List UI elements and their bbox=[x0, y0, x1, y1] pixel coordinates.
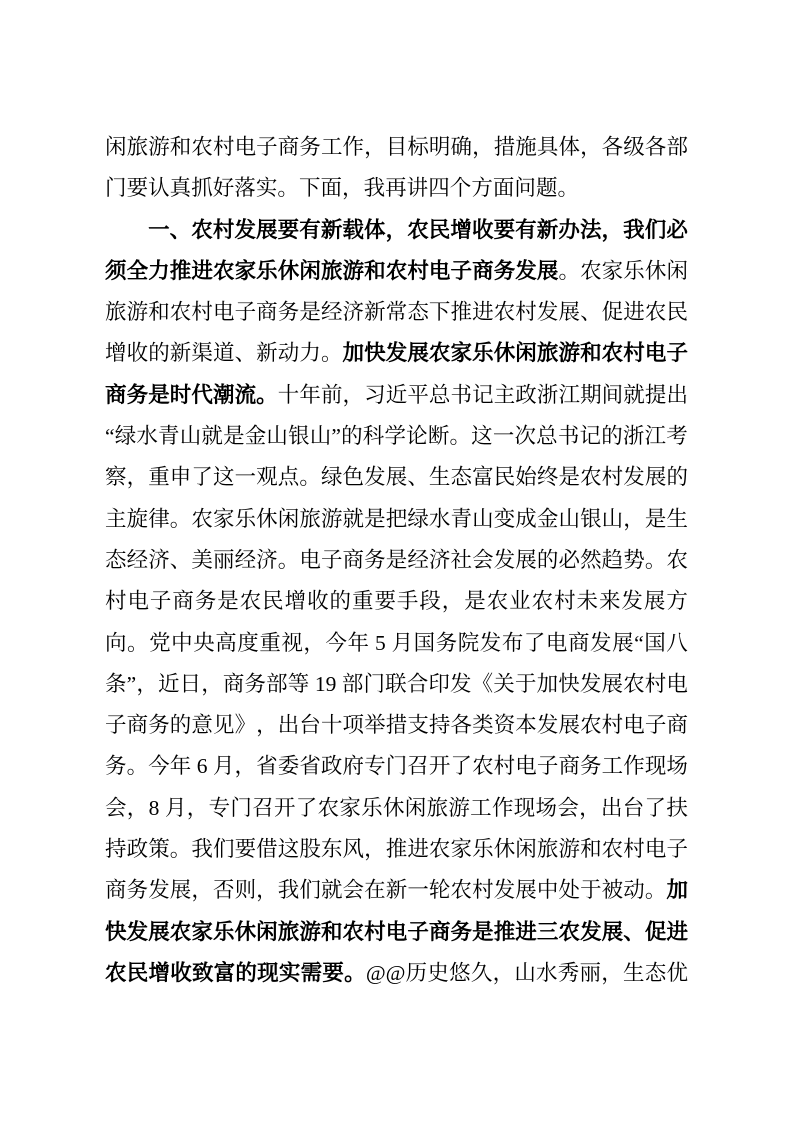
text-line: 商务是时代潮流。十年前，习近平总书记主政浙江期间就提出 bbox=[105, 375, 688, 416]
text-run: ， bbox=[187, 788, 209, 829]
text-run: 子 bbox=[537, 746, 559, 787]
text-run: 绿 bbox=[407, 499, 429, 540]
text-run: 常 bbox=[386, 292, 408, 333]
text-run: 月 bbox=[213, 746, 235, 787]
bold-text-run: 和 bbox=[364, 251, 386, 292]
text-run: 农 bbox=[487, 581, 509, 622]
text-run: 村 bbox=[213, 127, 235, 168]
text-run: 场 bbox=[666, 746, 688, 787]
text-run: 务 bbox=[195, 581, 217, 622]
text-run: 十 bbox=[278, 375, 300, 416]
bold-text-run: 收 bbox=[170, 953, 192, 994]
text-run: 村 bbox=[645, 664, 667, 705]
text-run: 主 bbox=[494, 375, 516, 416]
text-run: 生 bbox=[666, 499, 688, 540]
text-run: 总 bbox=[429, 375, 451, 416]
text-run: 银 bbox=[580, 499, 602, 540]
text-run: 展 bbox=[644, 581, 666, 622]
text-line: 态经济、美丽经济。电子商务是经济社会发展的必然趋势。农 bbox=[105, 540, 688, 581]
text-run: 方 bbox=[471, 168, 493, 209]
text-run: 专 bbox=[364, 746, 386, 787]
text-run: 旋 bbox=[127, 499, 149, 540]
text-run: 旅 bbox=[427, 788, 449, 829]
text-run: 休 bbox=[645, 251, 667, 292]
text-run: 论 bbox=[406, 416, 428, 457]
text-run: ， bbox=[364, 829, 386, 870]
text-run: 6 bbox=[191, 746, 213, 787]
text-run: 山 bbox=[180, 416, 202, 457]
text-run: 电 bbox=[127, 581, 149, 622]
bold-text-run: 是 bbox=[472, 912, 494, 953]
text-run: 始 bbox=[515, 457, 537, 498]
text-run: 江 bbox=[558, 375, 580, 416]
bold-text-run: 村 bbox=[407, 251, 429, 292]
bold-text-run: 和 bbox=[321, 912, 343, 953]
bold-text-run: 乐 bbox=[256, 251, 278, 292]
bold-text-run: 村 bbox=[213, 210, 235, 251]
text-run: 发 bbox=[580, 664, 602, 705]
text-run: 前 bbox=[321, 375, 343, 416]
bold-text-run: 力 bbox=[148, 251, 170, 292]
text-run: 务 bbox=[364, 540, 386, 581]
text-run: 类 bbox=[472, 705, 494, 746]
bold-text-run: 务 bbox=[451, 912, 473, 953]
bold-text-run: 农 bbox=[170, 912, 192, 953]
text-run: 农 bbox=[580, 457, 602, 498]
text-run: 农 bbox=[240, 581, 262, 622]
text-run: 社 bbox=[451, 540, 473, 581]
bold-text-run: 是 bbox=[148, 375, 170, 416]
text-run: 申 bbox=[170, 457, 192, 498]
text-run: 就 bbox=[623, 375, 645, 416]
text-run: 青 bbox=[158, 416, 180, 457]
text-run: 一 bbox=[235, 457, 257, 498]
text-run: 浙 bbox=[623, 416, 645, 457]
text-run: 、 bbox=[407, 457, 429, 498]
bold-text-run: 快 bbox=[105, 912, 127, 953]
bold-text-run: 一 bbox=[148, 210, 170, 251]
text-run: 丽 bbox=[213, 540, 235, 581]
text-run: ， bbox=[601, 953, 623, 994]
text-run: 电 bbox=[546, 623, 568, 664]
text-run: 务 bbox=[105, 746, 127, 787]
text-run: 商 bbox=[105, 870, 127, 911]
text-run: 印 bbox=[428, 664, 450, 705]
text-run: 观 bbox=[256, 457, 278, 498]
bold-text-run: 我 bbox=[623, 210, 645, 251]
text-run: ， bbox=[580, 127, 602, 168]
text-run: 、 bbox=[580, 292, 602, 333]
text-run: 快 bbox=[558, 664, 580, 705]
text-run: 的 bbox=[666, 457, 688, 498]
text-run: 子 bbox=[321, 540, 343, 581]
text-run: 农 bbox=[451, 870, 473, 911]
text-run: ， bbox=[303, 623, 325, 664]
text-run: 举 bbox=[364, 705, 386, 746]
text-run: 提 bbox=[645, 375, 667, 416]
text-run: 发 bbox=[590, 623, 612, 664]
text-run: 悠 bbox=[449, 953, 471, 994]
text-run: 浙 bbox=[537, 375, 559, 416]
text-run: 民 bbox=[666, 292, 688, 333]
text-run: 等 bbox=[288, 664, 310, 705]
bold-text-run: ， bbox=[386, 210, 408, 251]
text-run: 专 bbox=[209, 788, 231, 829]
text-run: 发 bbox=[621, 581, 643, 622]
text-run: 出 bbox=[666, 375, 688, 416]
text-run: 游 bbox=[148, 127, 170, 168]
text-run: 增 bbox=[285, 581, 307, 622]
text-run: 农 bbox=[494, 292, 516, 333]
text-run: 展 bbox=[645, 457, 667, 498]
text-run: 济 bbox=[148, 540, 170, 581]
text-run: 会 bbox=[472, 540, 494, 581]
text-run: 水 bbox=[429, 499, 451, 540]
text-run: 务 bbox=[245, 664, 267, 705]
text-run: 渠 bbox=[191, 333, 213, 374]
text-run: 经 bbox=[127, 540, 149, 581]
text-run: 休 bbox=[383, 788, 405, 829]
text-run: 子 bbox=[150, 581, 172, 622]
text-run: 发 bbox=[494, 540, 516, 581]
text-run: 支 bbox=[407, 705, 429, 746]
text-run: 电 bbox=[623, 705, 645, 746]
text-run: 门 bbox=[386, 746, 408, 787]
text-run: 则 bbox=[235, 870, 257, 911]
text-run: 优 bbox=[666, 953, 688, 994]
text-run: 工 bbox=[321, 127, 343, 168]
text-run: 。 bbox=[277, 168, 299, 209]
bold-text-run: 增 bbox=[148, 953, 170, 994]
text-line: 村电子商务是农民增收的重要手段，是农业农村未来发展方 bbox=[105, 581, 688, 622]
text-run: 持 bbox=[105, 829, 127, 870]
text-run: 业 bbox=[509, 581, 531, 622]
text-run: 发 bbox=[494, 870, 516, 911]
text-run: 展 bbox=[386, 457, 408, 498]
text-run: ， bbox=[235, 746, 257, 787]
text-run: 我 bbox=[364, 168, 386, 209]
text-run: 实 bbox=[256, 168, 278, 209]
text-run: 总 bbox=[536, 416, 558, 457]
text-run: 来 bbox=[599, 581, 621, 622]
text-run: ， bbox=[201, 664, 223, 705]
text-run: 展 bbox=[558, 292, 580, 333]
text-run: 子 bbox=[666, 829, 688, 870]
text-run: “ bbox=[105, 416, 115, 457]
text-run: 近 bbox=[386, 375, 408, 416]
text-run: 措 bbox=[494, 127, 516, 168]
text-run: 工 bbox=[470, 788, 492, 829]
text-run: 是 bbox=[217, 581, 239, 622]
text-run: 题 bbox=[536, 168, 558, 209]
text-run: 势 bbox=[623, 540, 645, 581]
text-run: 今 bbox=[325, 623, 347, 664]
text-run: 布 bbox=[502, 623, 524, 664]
text-run: ， bbox=[493, 953, 515, 994]
bold-text-run: 须 bbox=[105, 251, 127, 292]
text-run: 央 bbox=[193, 623, 215, 664]
text-block: 闲旅游和农村电子商务工作，目标明确，措施具体，各级各部门要认真抓好落实。下面，我… bbox=[105, 127, 688, 994]
text-run: 是 bbox=[299, 292, 321, 333]
text-run: 了 bbox=[191, 457, 213, 498]
text-line: 增收的新渠道、新动力。加快发展农家乐休闲旅游和农村电子 bbox=[105, 333, 688, 374]
text-run: 工 bbox=[602, 746, 624, 787]
text-run: 平 bbox=[407, 375, 429, 416]
text-run: 农 bbox=[170, 292, 192, 333]
bold-text-run: 电 bbox=[429, 251, 451, 292]
text-run: 把 bbox=[386, 499, 408, 540]
bold-text-run: 务 bbox=[127, 375, 149, 416]
text-run: 终 bbox=[537, 457, 559, 498]
bold-text-run: 。 bbox=[256, 375, 278, 416]
bold-text-run: 实 bbox=[279, 953, 301, 994]
text-run: 召 bbox=[252, 788, 274, 829]
text-run: 发 bbox=[148, 870, 170, 911]
text-run: 作 bbox=[623, 746, 645, 787]
text-run: 个 bbox=[450, 168, 472, 209]
text-line: 快发展农家乐休闲旅游和农村电子商务是推进三农发展、促进 bbox=[105, 912, 688, 953]
text-run: 务 bbox=[436, 623, 458, 664]
text-run: 了 bbox=[450, 746, 472, 787]
text-run: 展 bbox=[558, 705, 580, 746]
text-run: 。 bbox=[278, 540, 300, 581]
bold-text-run: 子 bbox=[666, 333, 688, 374]
bold-text-run: 推 bbox=[494, 912, 516, 953]
text-run: 国 bbox=[414, 623, 436, 664]
bold-text-run: 农 bbox=[343, 912, 365, 953]
bold-text-run: 闲 bbox=[256, 912, 278, 953]
text-run: ， bbox=[256, 705, 278, 746]
text-run: 。 bbox=[170, 499, 192, 540]
text-run: 。 bbox=[645, 870, 667, 911]
text-run: 农 bbox=[645, 292, 667, 333]
bold-text-run: 时 bbox=[170, 375, 192, 416]
text-run: 发 bbox=[480, 623, 502, 664]
text-run: 的 bbox=[341, 416, 363, 457]
text-line: 一、农村发展要有新载体，农民增收要有新办法，我们必 bbox=[105, 210, 688, 251]
text-run: 近 bbox=[158, 664, 180, 705]
bold-text-run: 有 bbox=[515, 210, 537, 251]
text-run: 策 bbox=[148, 829, 170, 870]
text-run: 学 bbox=[384, 416, 406, 457]
text-run: 游 bbox=[558, 829, 580, 870]
text-run: 律 bbox=[148, 499, 170, 540]
text-run: 生 bbox=[429, 457, 451, 498]
text-run: 院 bbox=[458, 623, 480, 664]
bold-text-run: 农 bbox=[191, 210, 213, 251]
text-run: 山 bbox=[266, 416, 288, 457]
bold-text-run: 新 bbox=[537, 210, 559, 251]
text-run: 村 bbox=[494, 746, 516, 787]
text-run: 收 bbox=[307, 581, 329, 622]
text-run: 部 bbox=[666, 127, 688, 168]
bold-text-run: 新 bbox=[321, 210, 343, 251]
text-run: 农 bbox=[472, 746, 494, 787]
text-run: 商 bbox=[558, 746, 580, 787]
text-run: 村 bbox=[191, 292, 213, 333]
text-line: 察，重申了这一观点。绿色发展、生态富民始终是农村发展的 bbox=[105, 457, 688, 498]
text-run: 次 bbox=[515, 416, 537, 457]
bold-text-run: 旅 bbox=[537, 333, 559, 374]
text-run: 新 bbox=[364, 292, 386, 333]
text-run: 。 bbox=[170, 829, 192, 870]
text-run: 村 bbox=[623, 829, 645, 870]
text-run: 们 bbox=[299, 870, 321, 911]
bold-text-run: 休 bbox=[494, 333, 516, 374]
text-run: 本 bbox=[515, 705, 537, 746]
text-run: 游 bbox=[127, 292, 149, 333]
text-run: 态 bbox=[451, 457, 473, 498]
text-run: @@ bbox=[366, 953, 406, 994]
document-page: 闲旅游和农村电子商务工作，目标明确，措施具体，各级各部门要认真抓好落实。下面，我… bbox=[0, 0, 793, 1122]
bold-text-run: 发 bbox=[515, 251, 537, 292]
text-run: 省 bbox=[299, 746, 321, 787]
text-run: 确 bbox=[451, 127, 473, 168]
text-run: 条 bbox=[105, 664, 127, 705]
bold-text-run: 要 bbox=[494, 210, 516, 251]
bold-text-run: 潮 bbox=[213, 375, 235, 416]
text-run: 金 bbox=[245, 416, 267, 457]
text-run: 道 bbox=[213, 333, 235, 374]
text-run: 美 bbox=[191, 540, 213, 581]
text-run: 。 bbox=[449, 416, 471, 457]
text-run: 的 bbox=[148, 333, 170, 374]
text-run: 《 bbox=[472, 664, 494, 705]
text-run: 展 bbox=[170, 870, 192, 911]
text-run: 召 bbox=[407, 746, 429, 787]
text-run: 出 bbox=[278, 705, 300, 746]
text-run: 农 bbox=[666, 540, 688, 581]
bold-text-run: 加 bbox=[666, 870, 688, 911]
text-run: 资 bbox=[494, 705, 516, 746]
text-run: 电 bbox=[213, 292, 235, 333]
text-run: 各 bbox=[645, 127, 667, 168]
bold-text-run: 代 bbox=[191, 375, 213, 416]
text-run: 施 bbox=[515, 127, 537, 168]
text-run: 我 bbox=[278, 870, 300, 911]
text-run: 历 bbox=[406, 953, 428, 994]
text-run: 必 bbox=[558, 540, 580, 581]
text-run: 就 bbox=[321, 870, 343, 911]
text-run: 子 bbox=[645, 705, 667, 746]
text-run: 农 bbox=[318, 788, 340, 829]
text-run: 村 bbox=[602, 705, 624, 746]
text-run: 山 bbox=[514, 953, 536, 994]
text-run: 于 bbox=[580, 870, 602, 911]
text-run: 推 bbox=[451, 292, 473, 333]
text-run: 期 bbox=[580, 375, 602, 416]
text-run: ， bbox=[364, 127, 386, 168]
text-run: 目 bbox=[386, 127, 408, 168]
text-run: 日 bbox=[180, 664, 202, 705]
text-run: 是 bbox=[386, 540, 408, 581]
text-run: 重 bbox=[352, 581, 374, 622]
text-line: 农民增收致富的现实需要。@@历史悠久，山水秀丽，生态优 bbox=[105, 953, 688, 994]
text-run: 被 bbox=[602, 870, 624, 911]
text-run: 点 bbox=[278, 457, 300, 498]
bold-text-run: 法 bbox=[580, 210, 602, 251]
text-line: 旅游和农村电子商务是经济新常态下推进农村发展、促进农民 bbox=[105, 292, 688, 333]
bold-text-run: 游 bbox=[299, 912, 321, 953]
bold-text-run: 促 bbox=[645, 912, 667, 953]
text-run: 一 bbox=[493, 416, 515, 457]
text-run: 门 bbox=[363, 664, 385, 705]
text-run: 闲 bbox=[278, 499, 300, 540]
text-run: 手 bbox=[397, 581, 419, 622]
text-run: 新 bbox=[256, 333, 278, 374]
text-run: 农 bbox=[191, 499, 213, 540]
text-run: 级 bbox=[623, 127, 645, 168]
bold-text-run: 电 bbox=[386, 912, 408, 953]
text-run: 村 bbox=[515, 292, 537, 333]
text-run: 这 bbox=[471, 416, 493, 457]
text-run: 丽 bbox=[580, 953, 602, 994]
text-run: 久 bbox=[471, 953, 493, 994]
text-run: 月 bbox=[392, 623, 414, 664]
text-run: 未 bbox=[577, 581, 599, 622]
text-run: 各 bbox=[451, 705, 473, 746]
text-line: 子商务的意见》，出台十项举措支持各类资本发展农村电子商 bbox=[105, 705, 688, 746]
text-run: 了 bbox=[296, 788, 318, 829]
text-run: 见 bbox=[213, 705, 235, 746]
text-run: 重 bbox=[259, 623, 281, 664]
text-run: 商 bbox=[172, 581, 194, 622]
text-run: 真 bbox=[170, 168, 192, 209]
text-run: 政 bbox=[321, 746, 343, 787]
text-run: 察 bbox=[105, 457, 127, 498]
text-run: 是 bbox=[645, 499, 667, 540]
text-run: 出 bbox=[601, 788, 623, 829]
text-run: 济 bbox=[429, 540, 451, 581]
text-run: ， bbox=[191, 870, 213, 911]
text-run: 开 bbox=[429, 746, 451, 787]
text-run: 的 bbox=[537, 540, 559, 581]
bold-text-run: 展 bbox=[148, 912, 170, 953]
text-run: ， bbox=[127, 788, 149, 829]
text-run: 门 bbox=[105, 168, 127, 209]
text-run: 村 bbox=[472, 870, 494, 911]
text-run: 加 bbox=[537, 664, 559, 705]
bold-text-run: 要 bbox=[278, 210, 300, 251]
text-run: 农 bbox=[580, 251, 602, 292]
text-run: 明 bbox=[429, 127, 451, 168]
text-run: 体 bbox=[558, 127, 580, 168]
text-run: 合 bbox=[407, 664, 429, 705]
text-run: 十 bbox=[321, 705, 343, 746]
text-run: 问 bbox=[514, 168, 536, 209]
text-run: 段 bbox=[419, 581, 441, 622]
text-run: 就 bbox=[201, 416, 223, 457]
bold-text-run: 旅 bbox=[321, 251, 343, 292]
text-run: 标 bbox=[407, 127, 429, 168]
text-line: 条”，近日，商务部等 19 部门联合印发《关于加快发展农村电 bbox=[105, 664, 688, 705]
bold-text-run: 办 bbox=[558, 210, 580, 251]
bold-text-run: 商 bbox=[105, 375, 127, 416]
bold-text-run: 游 bbox=[343, 251, 365, 292]
bold-text-run: 发 bbox=[234, 210, 256, 251]
text-run: 旅 bbox=[105, 292, 127, 333]
text-run: 府 bbox=[343, 746, 365, 787]
text-run: 经 bbox=[235, 540, 257, 581]
text-run: 经 bbox=[407, 540, 429, 581]
text-run: “ bbox=[634, 623, 644, 664]
text-run: 游 bbox=[448, 788, 470, 829]
text-run: 于 bbox=[515, 664, 537, 705]
text-run: 政 bbox=[515, 375, 537, 416]
text-run: 好 bbox=[213, 168, 235, 209]
text-run: 断 bbox=[428, 416, 450, 457]
bold-text-run: 致 bbox=[192, 953, 214, 994]
